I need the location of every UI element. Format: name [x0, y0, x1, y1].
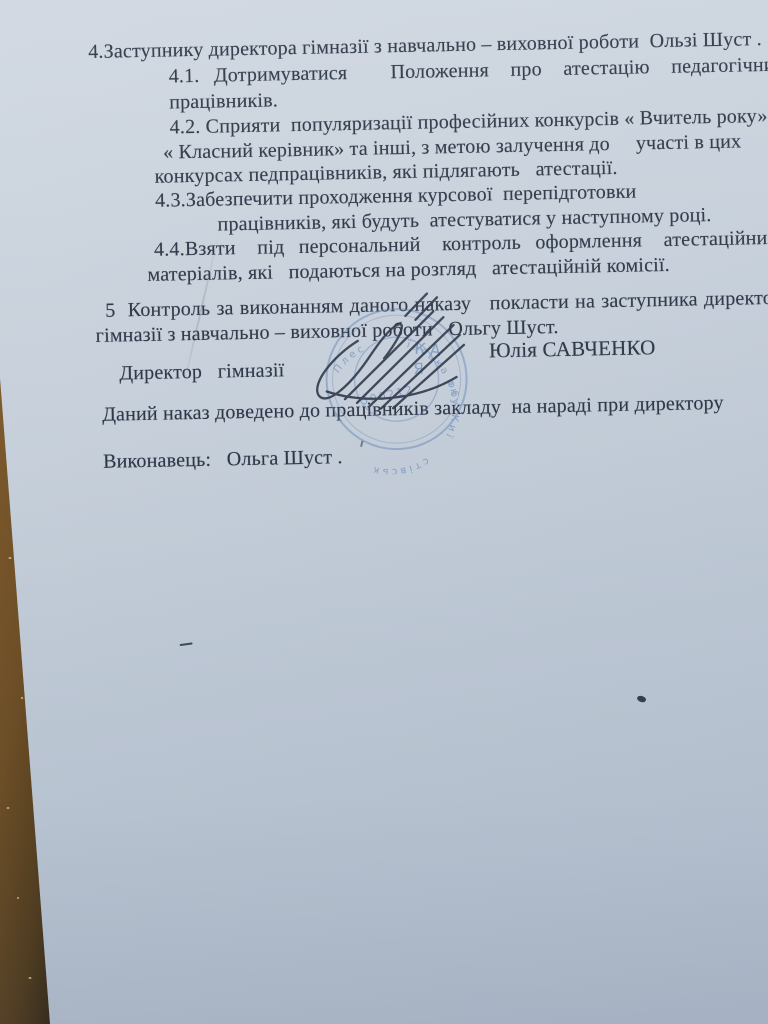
- handwritten-signature: [295, 280, 523, 454]
- photo-of-document: 4.Заступнику директора гімназії з навчал…: [0, 0, 768, 1024]
- director-title: Директор гімназії: [119, 358, 284, 385]
- document-page: 4.Заступнику директора гімназії з навчал…: [0, 0, 768, 1024]
- signature-stroke: [327, 377, 457, 400]
- paragraph-4-1-cont: працівників.: [169, 88, 278, 114]
- signature-stroke: [405, 294, 427, 316]
- signature-stroke: [415, 297, 437, 319]
- signature-stroke: [392, 345, 465, 408]
- stray-pen-dash: [180, 642, 193, 646]
